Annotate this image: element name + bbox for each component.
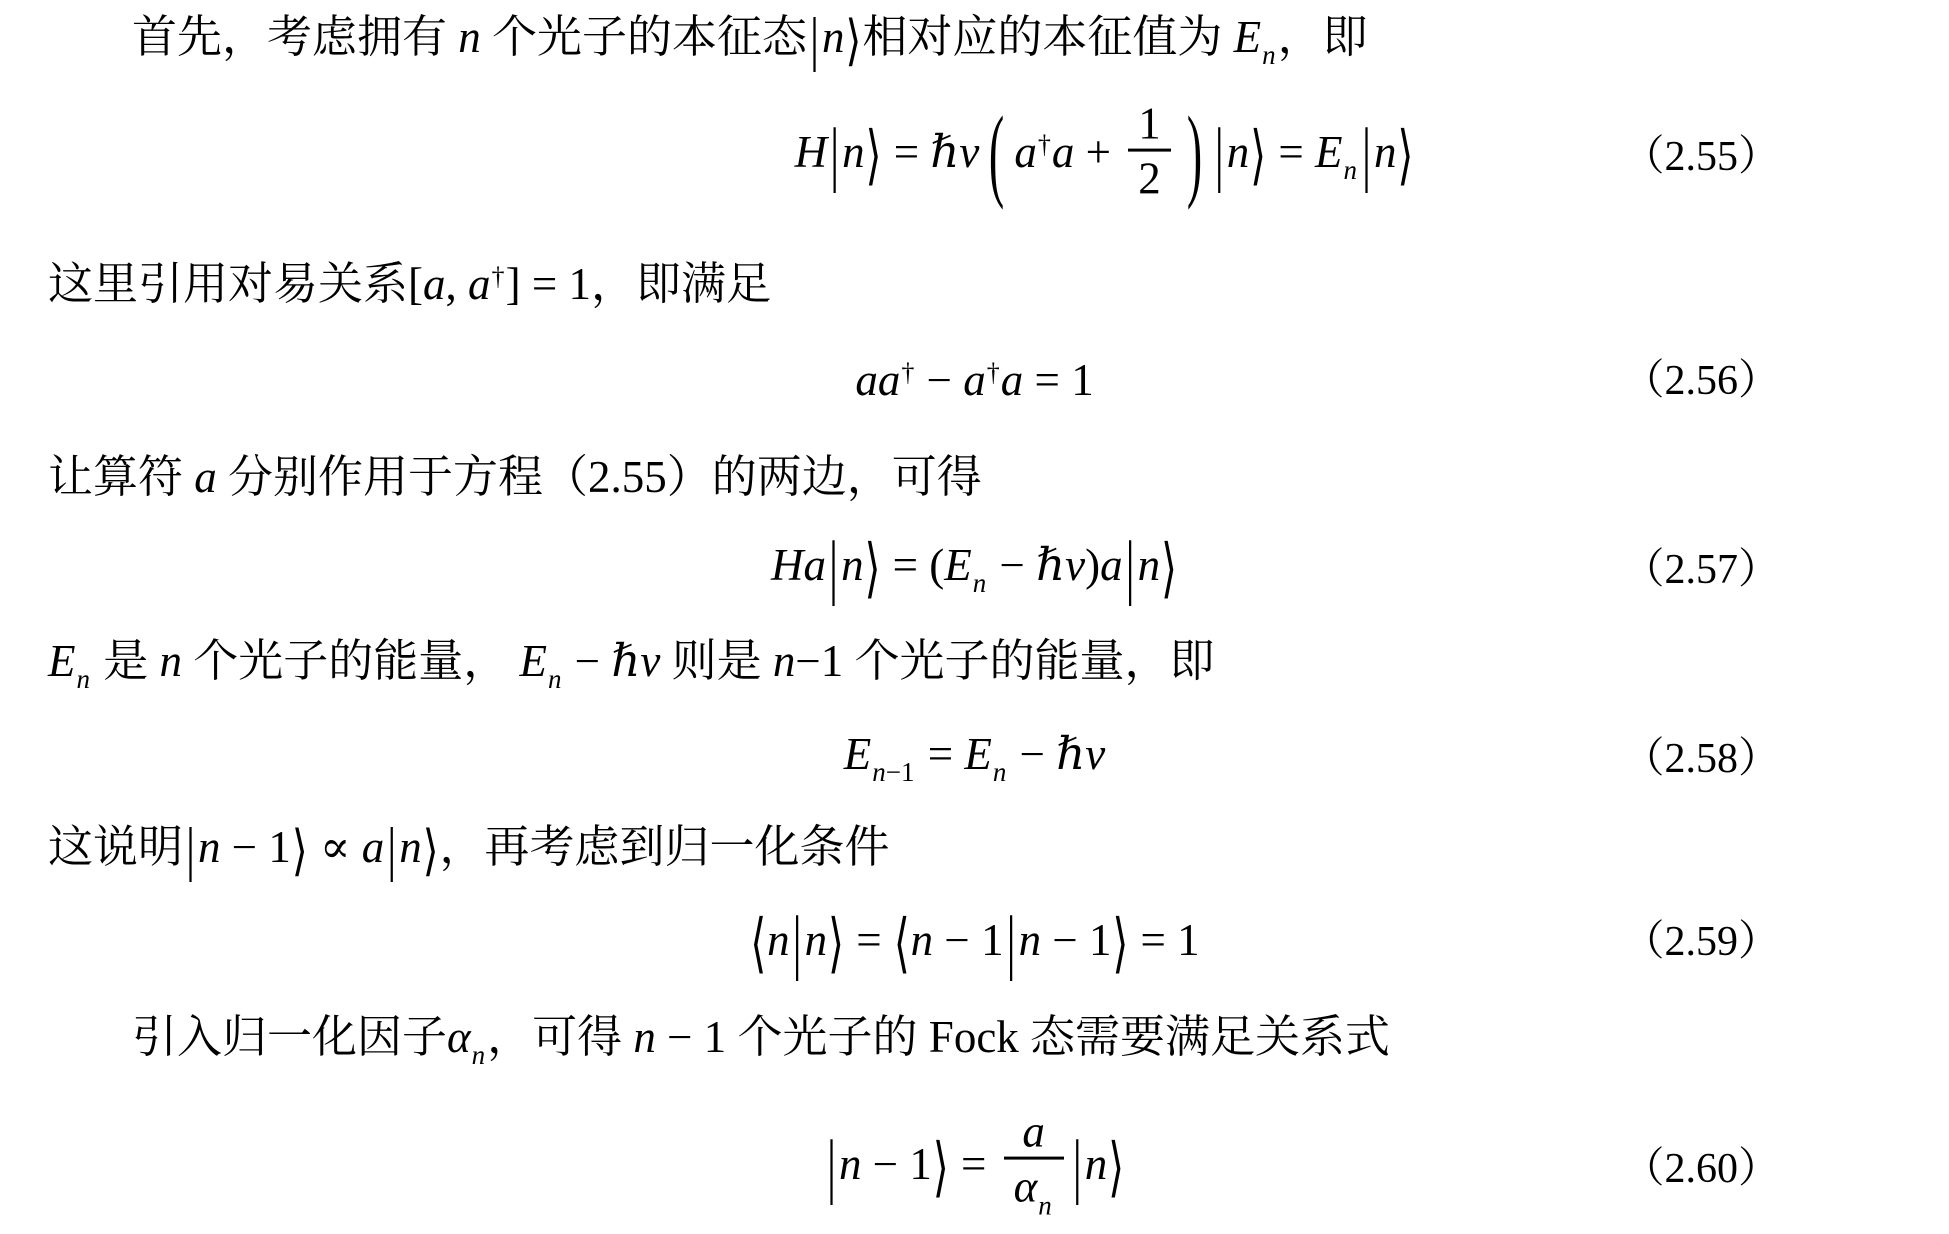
math-glyph [557,259,568,309]
math-glyph: E [1315,127,1343,177]
math-glyph: = [532,259,557,309]
math-glyph: n [1019,915,1042,965]
text-run: 个光子的能量， [182,636,520,686]
equation-body: aa† − a†a = 1 [855,355,1093,407]
math-glyph: n [399,822,422,872]
math-run: = 1 [1023,355,1093,405]
right-angle-bracket: ⟩ [866,118,882,193]
math-run: α [447,1012,471,1062]
math-glyph: = [1278,127,1303,177]
math-glyph [882,127,893,177]
math-glyph [918,540,929,590]
math-glyph: 1 [568,259,591,309]
math-run: − [1008,729,1056,779]
math-run: n−1 [872,757,914,787]
ket-bar: | [1073,1125,1082,1208]
left-angle-bracket: ⟨ [894,906,910,981]
math-run: ) [1085,540,1100,590]
math-glyph: E [1234,12,1262,62]
math-run: 2 [1138,154,1161,204]
math-glyph: 1 [821,636,844,686]
math-run: v [640,636,660,686]
math-run: ] = 1 [506,259,591,309]
math-run: [a [408,259,446,309]
math-glyph: , [446,259,457,309]
math-glyph [916,729,927,779]
math-glyph [457,259,468,309]
math-run: a [1100,540,1123,590]
hbar-symbol: ℏ [611,636,640,686]
math-glyph: n [841,540,864,590]
display-equation: H|n⟩ = ℏv(a†a + 12)|n⟩ = En|n⟩（2.55） [0,104,1949,210]
math-glyph: = [961,1139,986,1189]
paragraph: 这说明|n − 1⟩ ∝ a|n⟩，再考虑到归一化条件 [0,818,1949,878]
math-glyph: − [1000,540,1025,590]
equation-body: Ha|n⟩ = (En − ℏv)a|n⟩ [771,540,1178,599]
math-glyph: a [963,355,986,405]
math-glyph: H [771,540,804,590]
math-glyph [950,1139,961,1189]
math-run: E [944,540,972,590]
math-run: a [963,355,986,405]
math-glyph [1025,540,1036,590]
math-glyph: n [472,1040,486,1070]
text-run: 个光子的本征态 [481,12,807,62]
document-page: 首先，考虑拥有 n 个光子的本征态|n⟩相对应的本征值为 En，即H|n⟩ = … [0,0,1949,1234]
math-run: n [1262,40,1276,70]
subscript: n [1038,1190,1052,1220]
math-run: v [959,127,979,177]
subscript: n−1 [872,757,914,787]
math-run: v [1065,540,1085,590]
math-glyph: a [194,452,217,502]
text-run: 则是 [660,636,773,686]
ket-bar: | [1215,113,1224,196]
math-run: − [564,636,612,686]
math-glyph [1023,355,1034,405]
math-run: n [822,12,845,62]
math-run: + [1074,127,1122,177]
math-glyph [952,355,963,405]
math-glyph: † [492,262,505,291]
math-glyph: a [1014,127,1037,177]
math-glyph: a [1100,540,1123,590]
math-glyph [919,127,930,177]
math-run: a [468,259,491,309]
right-angle-bracket: ⟩ [828,906,844,981]
math-run: E [964,729,992,779]
math-glyph: E [844,729,872,779]
math-glyph: n [973,568,987,598]
math-glyph: n [633,1012,656,1062]
math-glyph: v [1085,729,1105,779]
math-glyph: n [911,915,934,965]
math-run: E [1234,12,1262,62]
math-glyph: † [987,358,1000,387]
math-glyph: a [855,355,878,405]
fraction-denominator: 2 [1128,149,1171,204]
display-equation: ⟨n|n⟩ = ⟨n − 1|n − 1⟩ = 1（2.59） [0,915,1949,969]
right-angle-bracket: ⟩ [1108,1130,1124,1205]
text-run: ，可得 [487,1012,633,1062]
right-angle-bracket: ⟩ [1161,531,1177,606]
math-glyph [881,540,892,590]
math-glyph: n [1138,540,1161,590]
math-run: n − 1 [633,1012,726,1062]
math-glyph: n [822,12,845,62]
subscript: n [548,664,562,694]
display-equation: Ha|n⟩ = (En − ℏv)a|n⟩（2.57） [0,540,1949,599]
math-glyph: n [1374,127,1397,177]
math-glyph: n [842,127,865,177]
math-glyph: n [77,664,91,694]
math-glyph: n [839,1139,862,1189]
math-glyph [845,915,856,965]
math-run: n [160,636,183,686]
math-run: 1 [1138,99,1161,149]
right-angle-bracket: ⟩ [423,814,439,885]
math-glyph: a [423,259,446,309]
math-glyph: α [447,1012,471,1062]
math-glyph: = [1035,355,1060,405]
math-glyph: a [1001,355,1024,405]
math-glyph [1111,127,1122,177]
math-glyph: − [232,822,257,872]
fraction: aαn [1004,1107,1064,1221]
big-left-paren: ( [989,96,1004,215]
math-glyph [257,822,268,872]
ket-bar: | [186,810,195,889]
ket-bar: | [1126,526,1135,609]
math-glyph: a [468,259,491,309]
math-run: Ha [771,540,826,590]
math-run: n [1344,155,1358,185]
equation-body: ⟨n|n⟩ = ⟨n − 1|n − 1⟩ = 1 [749,915,1199,969]
math-glyph: n [1038,1190,1052,1220]
equation-number: （2.55） [1622,133,1780,181]
math-glyph: 1 [981,915,1004,965]
math-glyph: a [1052,127,1075,177]
math-glyph [933,915,944,965]
math-glyph [861,1139,872,1189]
math-glyph: n [1262,40,1276,70]
math-run: n [767,915,790,965]
math-run: n [973,568,987,598]
math-glyph [350,822,361,872]
text-run: ，即 [1278,12,1368,62]
math-glyph: a [804,540,827,590]
math-glyph: [ [408,259,423,309]
math-glyph [1304,127,1315,177]
math-glyph [1074,127,1085,177]
left-angle-bracket: ⟨ [750,906,766,981]
math-run: a [1014,127,1037,177]
math-glyph: ] [506,259,521,309]
text-run: 是 [92,636,160,686]
math-glyph: v [1065,540,1085,590]
math-glyph: − [667,1012,692,1062]
math-glyph: ( [929,540,944,590]
math-run: n [77,664,91,694]
equation-number: （2.58） [1622,734,1780,782]
math-glyph: n [805,915,828,965]
math-glyph: H [795,127,828,177]
text-run: 这里引用对易关系 [48,259,408,309]
superscript-dagger: † [492,262,505,291]
math-glyph: = [893,540,918,590]
math-run: † [492,262,505,291]
math-glyph [988,540,999,590]
superscript-dagger: † [901,358,914,387]
math-run: = ( [881,540,944,590]
text-run: 个光子的 Fock 态需要满足关系式 [726,1012,1390,1062]
ket-bar: | [1362,113,1371,196]
math-run: = 1 [1129,915,1199,965]
math-run: = [882,127,930,177]
math-glyph: 1 [704,1012,727,1062]
fraction-numerator: a [1004,1107,1064,1157]
ket-bar: | [830,113,839,196]
math-run: † [1038,130,1051,159]
math-run: n [805,915,828,965]
math-glyph: + [1086,127,1111,177]
math-glyph: E [944,540,972,590]
math-glyph: = [856,915,881,965]
math-run: n [1227,127,1250,177]
math-glyph: E [520,636,548,686]
fraction: 12 [1128,99,1171,205]
math-run: = [916,729,964,779]
math-run: a [362,822,385,872]
ket-bar: | [793,901,802,984]
math-run: n − 1 [839,1139,932,1189]
text-run: ，即满足 [591,259,771,309]
math-glyph: − [944,915,969,965]
math-glyph: v [640,636,660,686]
math-run: − [988,540,1036,590]
text-run: 首先，考虑拥有 [132,12,458,62]
math-glyph: a [1022,1107,1045,1157]
math-glyph: 1 [1071,355,1094,405]
math-run: a [1001,355,1024,405]
right-angle-bracket: ⟩ [292,814,308,885]
math-run: E [48,636,76,686]
big-right-paren: ) [1187,96,1202,215]
hbar-symbol: ℏ [930,127,959,177]
display-equation: En−1 = En − ℏv（2.58） [0,729,1949,788]
math-run: v [1085,729,1105,779]
math-run: n [548,664,562,694]
math-glyph: n [1227,127,1250,177]
math-run: n − 1 [198,822,291,872]
math-glyph: E [48,636,76,686]
text-run: 引入归一化因子 [132,1012,447,1062]
math-glyph [986,1139,997,1189]
math-glyph [656,1012,667,1062]
subscript: n [472,1040,486,1070]
math-glyph [882,915,893,965]
math-glyph [1045,729,1056,779]
math-glyph [898,1139,909,1189]
math-glyph: − [1052,915,1077,965]
math-run: n [1085,1139,1108,1189]
ket-bar: | [387,810,396,889]
math-run: n [399,822,422,872]
math-run: a [1052,127,1075,177]
right-angle-bracket: ⟩ [846,4,862,75]
math-glyph: = [1141,915,1166,965]
equation-body: H|n⟩ = ℏv(a†a + 12)|n⟩ = En|n⟩ [795,104,1415,210]
text-run: 分别作用于方程（2.55）的两边，可得 [217,452,982,502]
math-run: n [1374,127,1397,177]
math-glyph: − [1020,729,1045,779]
math-run: n [841,540,864,590]
text-run: ，再考虑到归一化条件 [440,822,890,872]
math-run: n [1038,1190,1052,1220]
ket-bar: | [827,1125,836,1208]
math-glyph [1166,915,1177,965]
math-glyph: 1 [268,822,291,872]
math-glyph: − [886,757,901,787]
math-glyph [521,259,532,309]
math-glyph: n [1085,1139,1108,1189]
math-glyph [564,636,575,686]
math-glyph [1129,915,1140,965]
math-glyph [953,729,964,779]
math-glyph: 2 [1138,154,1161,204]
subscript: n [1344,155,1358,185]
display-equation: |n − 1⟩ = aαn|n⟩（2.60） [0,1112,1949,1226]
ket-bar: | [829,526,838,609]
math-glyph: ) [1085,540,1100,590]
subscript: n [993,757,1007,787]
hbar-symbol: ℏ [1056,729,1085,779]
math-run: H [795,127,828,177]
math-glyph: n [548,664,562,694]
math-run: n−1 [773,636,843,686]
paragraph: 这里引用对易关系[a, a†] = 1，即满足 [0,255,1949,314]
math-glyph: a [878,355,901,405]
equation-number: （2.59） [1622,918,1780,966]
math-glyph [600,636,611,686]
math-glyph: n [767,915,790,965]
math-run: n [458,12,481,62]
math-run: − [915,355,963,405]
math-glyph: α [1014,1162,1038,1212]
math-glyph: ∝ [320,822,350,872]
superscript-dagger: † [987,358,1000,387]
subscript: n [973,568,987,598]
equation-body: |n − 1⟩ = aαn|n⟩ [824,1112,1125,1226]
math-run: ∝ [309,822,362,872]
math-run: † [987,358,1000,387]
math-run: , [446,259,469,309]
equation-number: （2.57） [1622,545,1780,593]
text-run: 相对应的本征值为 [862,12,1233,62]
ket-bar: | [1007,901,1016,984]
math-glyph: 1 [901,757,915,787]
math-run: = [845,915,893,965]
math-glyph: − [927,355,952,405]
math-run: n [472,1040,486,1070]
math-run: n [1138,540,1161,590]
hbar-symbol: ℏ [1036,540,1065,590]
math-glyph: = [894,127,919,177]
math-run: E [844,729,872,779]
math-glyph: n [872,757,886,787]
math-glyph: a [362,822,385,872]
math-glyph: n [198,822,221,872]
math-run: n − 1 [1019,915,1112,965]
equation-number: （2.56） [1622,357,1780,405]
math-run: n [993,757,1007,787]
math-glyph [1267,127,1278,177]
subscript: n [1262,40,1276,70]
math-run: E [1315,127,1343,177]
math-glyph: † [901,358,914,387]
math-glyph: 1 [1138,99,1161,149]
math-glyph: = [928,729,953,779]
fraction-numerator: 1 [1128,99,1171,149]
right-angle-bracket: ⟩ [1112,906,1128,981]
math-glyph: n [1344,155,1358,185]
math-glyph: − [795,636,820,686]
text-run: 这说明 [48,822,183,872]
display-equation: aa† − a†a = 1（2.56） [0,355,1949,407]
math-glyph: v [959,127,979,177]
superscript-dagger: † [1038,130,1051,159]
math-glyph [970,915,981,965]
math-glyph [221,822,232,872]
text-run: 让算符 [48,452,194,502]
math-run: † [901,358,914,387]
math-glyph: n [993,757,1007,787]
math-glyph: 1 [1177,915,1200,965]
math-glyph: n [458,12,481,62]
equation-number: （2.60） [1622,1145,1780,1193]
math-glyph [1060,355,1071,405]
math-glyph: n [773,636,796,686]
math-glyph: − [873,1139,898,1189]
right-angle-bracket: ⟩ [933,1130,949,1205]
paragraph: 引入归一化因子αn，可得 n − 1 个光子的 Fock 态需要满足关系式 [0,1008,1949,1073]
math-run: aa [855,355,900,405]
math-run: E [520,636,548,686]
subscript: n [77,664,91,694]
text-run: 个光子的能量，即 [843,636,1214,686]
math-glyph [915,355,926,405]
math-glyph [1078,915,1089,965]
fraction-denominator: αn [1004,1157,1064,1220]
math-glyph: 1 [1089,915,1112,965]
math-glyph: 1 [909,1139,932,1189]
math-glyph [693,1012,704,1062]
math-glyph: − [575,636,600,686]
right-angle-bracket: ⟩ [865,531,881,606]
math-glyph: E [964,729,992,779]
ket-bar: | [810,0,819,79]
math-glyph [1008,729,1019,779]
math-glyph [1041,915,1052,965]
right-angle-bracket: ⟩ [1398,118,1414,193]
math-run: a [194,452,217,502]
paragraph: 首先，考虑拥有 n 个光子的本征态|n⟩相对应的本征值为 En，即 [0,8,1949,73]
equation-body: En−1 = En − ℏv [844,729,1105,788]
paragraph: 让算符 a 分别作用于方程（2.55）的两边，可得 [0,448,1949,507]
paragraph: En 是 n 个光子的能量， En − ℏv 则是 n−1 个光子的能量，即 [0,632,1949,697]
math-run: = [950,1139,998,1189]
math-run: a [1022,1107,1045,1157]
